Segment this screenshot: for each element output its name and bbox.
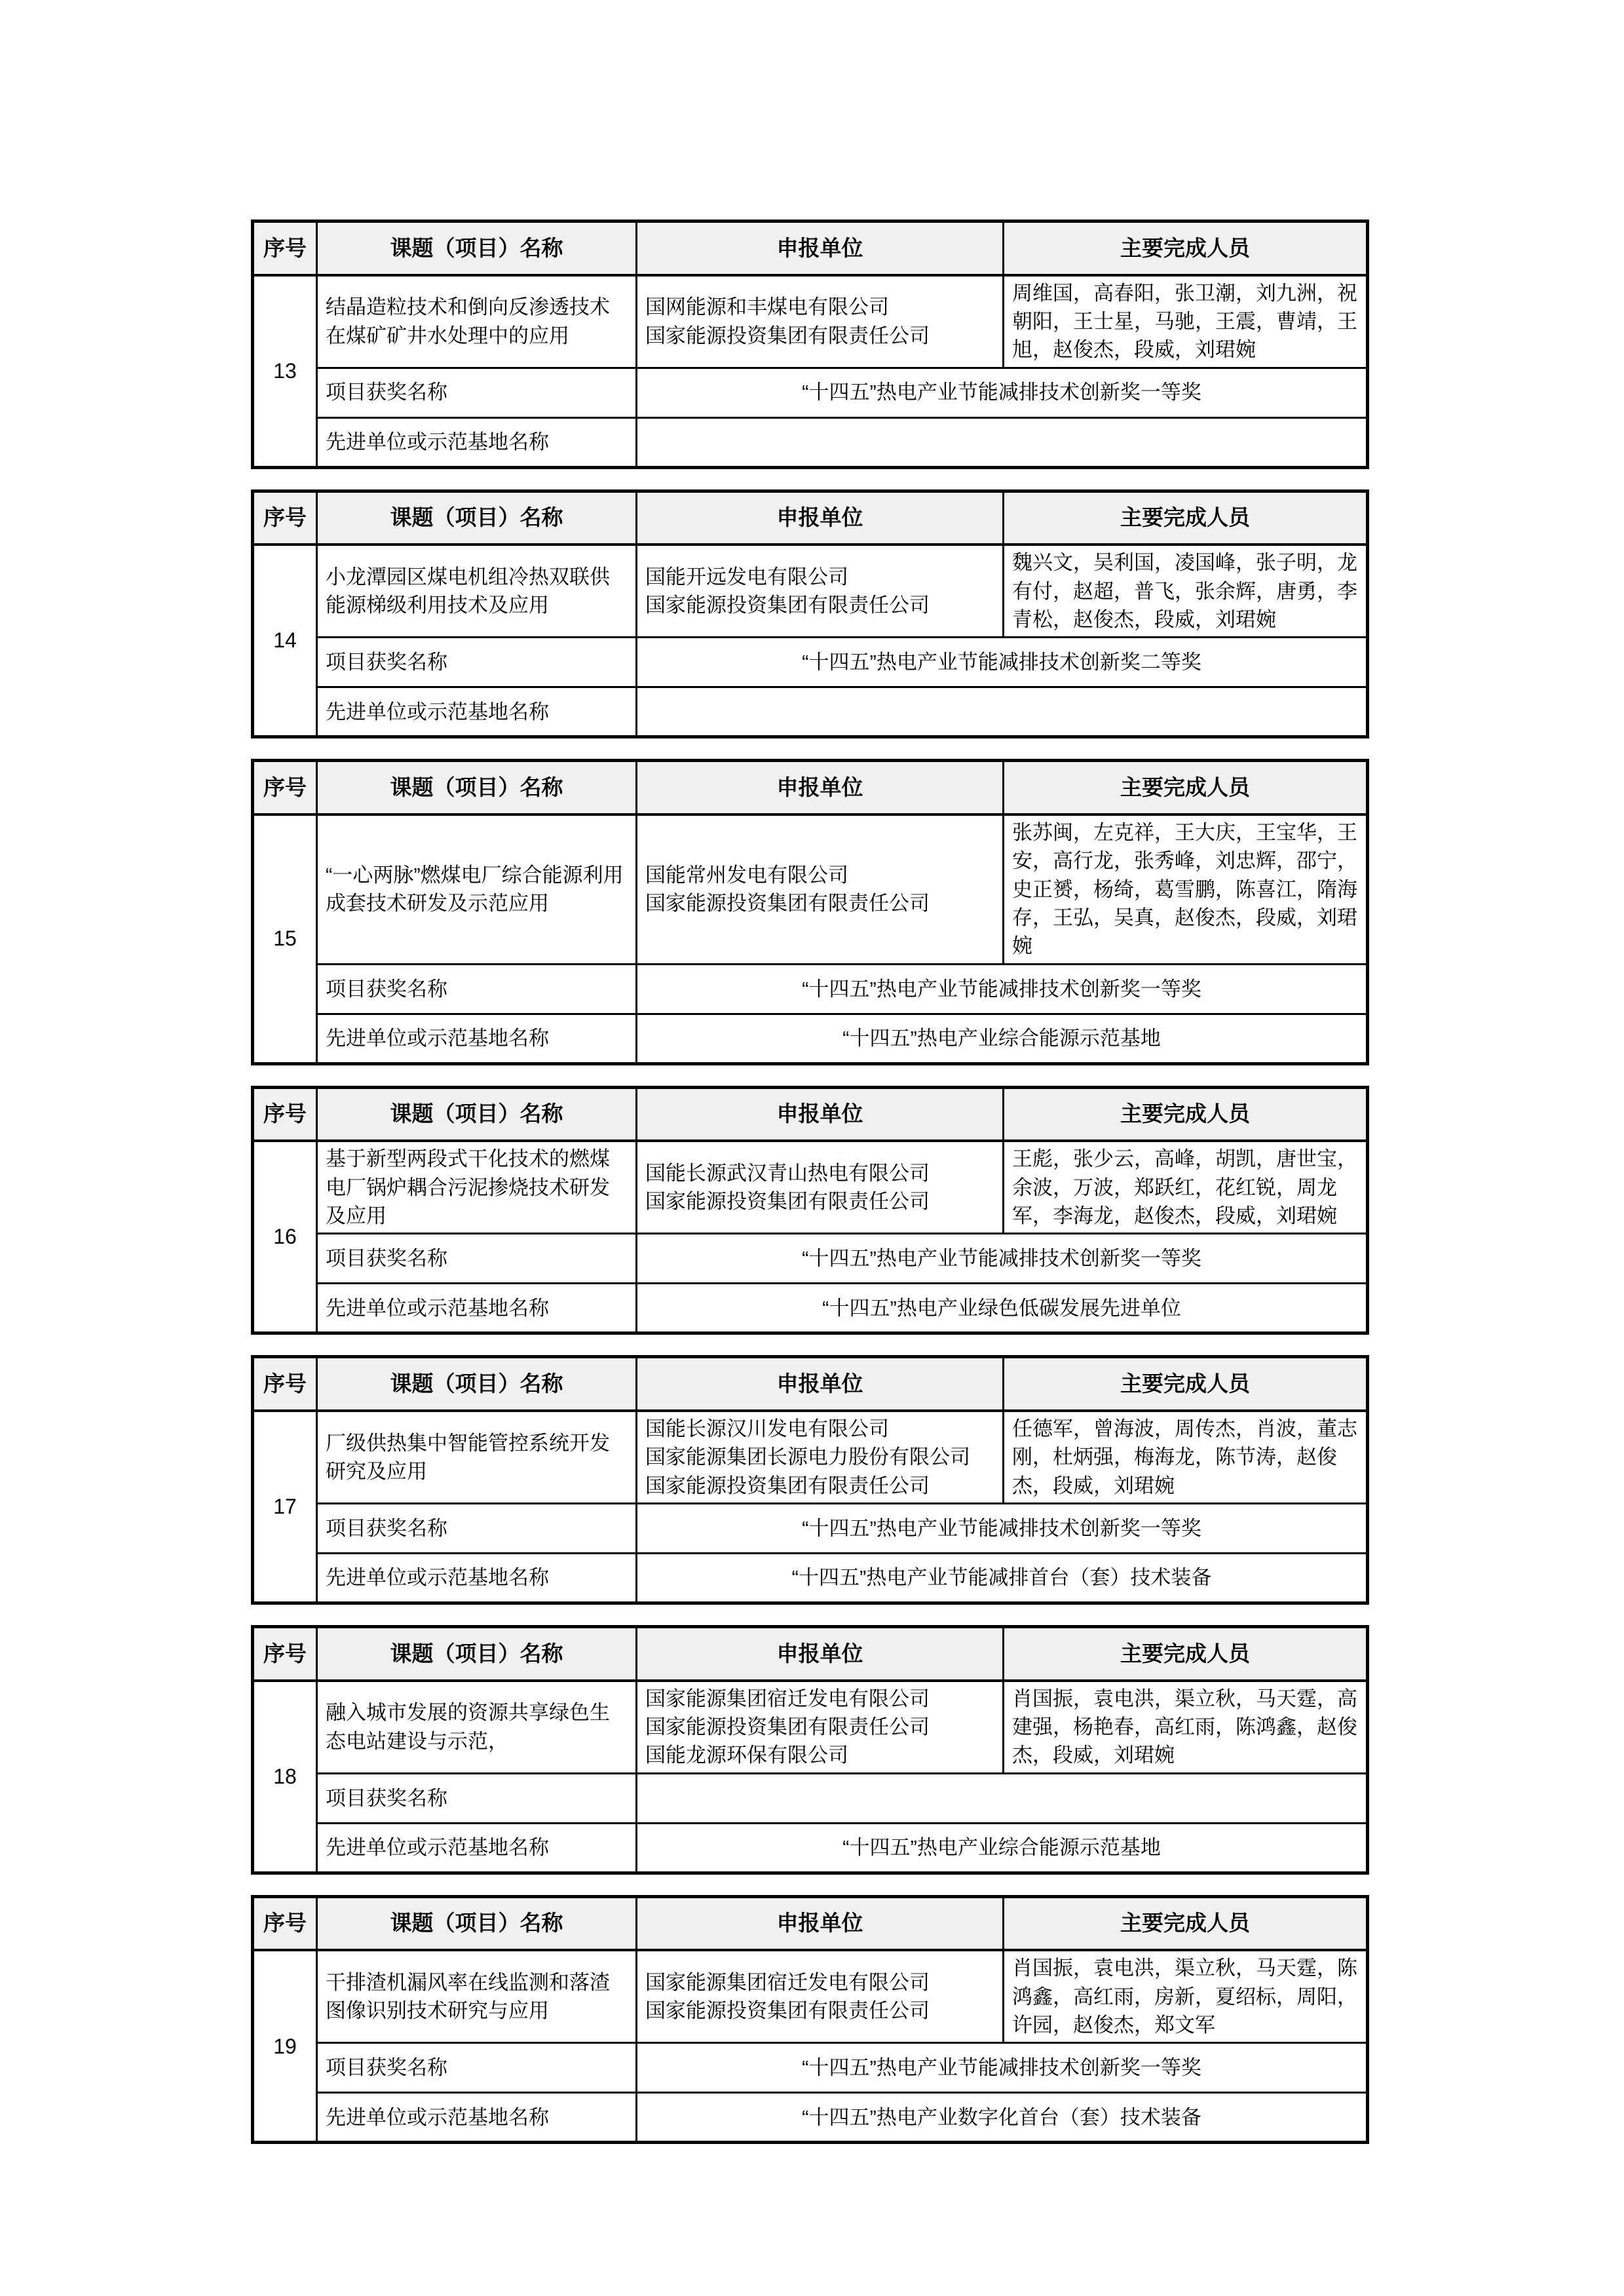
advanced-unit-value: “十四五”热电产业数字化首台（套）技术装备 [637, 2093, 1368, 2143]
advanced-unit-value [637, 417, 1368, 467]
award-name-label: 项目获奖名称 [317, 1773, 637, 1823]
header-row: 序号 课题（项目）名称 申报单位 主要完成人员 [253, 221, 1368, 275]
project-name: 结晶造粒技术和倒向反渗透技术在煤矿矿井水处理中的应用 [317, 275, 637, 368]
col-header-serial: 序号 [253, 1087, 317, 1141]
serial-number: 18 [253, 1681, 317, 1873]
award-name-label: 项目获奖名称 [317, 368, 637, 417]
advanced-unit-label: 先进单位或示范基地名称 [317, 2093, 637, 2143]
col-header-applicant: 申报单位 [637, 1087, 1004, 1141]
col-header-applicant: 申报单位 [637, 1627, 1004, 1681]
applicant-units: 国家能源集团宿迁发电有限公司 国家能源投资集团有限责任公司 国能龙源环保有限公司 [637, 1681, 1004, 1774]
serial-number: 14 [253, 545, 317, 737]
advanced-unit-row: 先进单位或示范基地名称 “十四五”热电产业绿色低碳发展先进单位 [253, 1284, 1368, 1333]
award-row: 项目获奖名称 “十四五”热电产业节能减排技术创新奖一等奖 [253, 368, 1368, 417]
project-name: 基于新型两段式干化技术的燃煤电厂锅炉耦合污泥掺烧技术研发及应用 [317, 1141, 637, 1234]
applicant-units: 国家能源集团宿迁发电有限公司 国家能源投资集团有限责任公司 [637, 1950, 1004, 2043]
personnel-list: 肖国振，袁电洪，渠立秋，马天霆，陈鸿鑫，高红雨，房新，夏绍标，周阳，许园，赵俊杰… [1004, 1950, 1368, 2043]
advanced-unit-row: 先进单位或示范基地名称 “十四五”热电产业节能减排首台（套）技术装备 [253, 1554, 1368, 1603]
content-row: 19 干排渣机漏风率在线监测和落渣图像识别技术研究与应用 国家能源集团宿迁发电有… [253, 1950, 1368, 2043]
project-name: 小龙潭园区煤电机组冷热双联供能源梯级利用技术及应用 [317, 545, 637, 638]
award-row: 项目获奖名称 “十四五”热电产业节能减排技术创新奖一等奖 [253, 1234, 1368, 1284]
col-header-personnel: 主要完成人员 [1004, 761, 1368, 814]
award-name-value [637, 1773, 1368, 1823]
award-table-18: 序号 课题（项目）名称 申报单位 主要完成人员 18 融入城市发展的资源共享绿色… [251, 1625, 1369, 1875]
advanced-unit-value: “十四五”热电产业综合能源示范基地 [637, 1823, 1368, 1873]
col-header-serial: 序号 [253, 761, 317, 814]
award-table-13: 序号 课题（项目）名称 申报单位 主要完成人员 13 结晶造粒技术和倒向反渗透技… [251, 220, 1369, 469]
applicant-units: 国能常州发电有限公司 国家能源投资集团有限责任公司 [637, 814, 1004, 964]
col-header-applicant: 申报单位 [637, 1357, 1004, 1411]
award-name-label: 项目获奖名称 [317, 964, 637, 1014]
content-row: 16 基于新型两段式干化技术的燃煤电厂锅炉耦合污泥掺烧技术研发及应用 国能长源武… [253, 1141, 1368, 1234]
award-table-19: 序号 课题（项目）名称 申报单位 主要完成人员 19 干排渣机漏风率在线监测和落… [251, 1895, 1369, 2145]
personnel-list: 张苏闽，左克祥，王大庆，王宝华，王安，高行龙，张秀峰，刘忠辉，邵宁，史正赟，杨绮… [1004, 814, 1368, 964]
award-row: 项目获奖名称 “十四五”热电产业节能减排技术创新奖一等奖 [253, 1504, 1368, 1554]
award-name-value: “十四五”热电产业节能减排技术创新奖一等奖 [637, 1234, 1368, 1284]
content-row: 13 结晶造粒技术和倒向反渗透技术在煤矿矿井水处理中的应用 国网能源和丰煤电有限… [253, 275, 1368, 368]
serial-number: 16 [253, 1141, 317, 1333]
col-header-project: 课题（项目）名称 [317, 1627, 637, 1681]
project-name: 融入城市发展的资源共享绿色生态电站建设与示范， [317, 1681, 637, 1774]
award-table-17: 序号 课题（项目）名称 申报单位 主要完成人员 17 厂级供热集中智能管控系统开… [251, 1355, 1369, 1605]
col-header-serial: 序号 [253, 221, 317, 275]
applicant-units: 国能长源武汉青山热电有限公司 国家能源投资集团有限责任公司 [637, 1141, 1004, 1234]
advanced-unit-row: 先进单位或示范基地名称 “十四五”热电产业综合能源示范基地 [253, 1823, 1368, 1873]
award-name-label: 项目获奖名称 [317, 2043, 637, 2093]
document-page: 序号 课题（项目）名称 申报单位 主要完成人员 13 结晶造粒技术和倒向反渗透技… [0, 0, 1624, 2296]
col-header-serial: 序号 [253, 1627, 317, 1681]
col-header-personnel: 主要完成人员 [1004, 1627, 1368, 1681]
advanced-unit-value: “十四五”热电产业绿色低碳发展先进单位 [637, 1284, 1368, 1333]
advanced-unit-label: 先进单位或示范基地名称 [317, 417, 637, 467]
col-header-applicant: 申报单位 [637, 221, 1004, 275]
award-name-value: “十四五”热电产业节能减排技术创新奖一等奖 [637, 1504, 1368, 1554]
award-row: 项目获奖名称 [253, 1773, 1368, 1823]
col-header-project: 课题（项目）名称 [317, 1357, 637, 1411]
col-header-project: 课题（项目）名称 [317, 221, 637, 275]
applicant-units: 国能开远发电有限公司 国家能源投资集团有限责任公司 [637, 545, 1004, 638]
header-row: 序号 课题（项目）名称 申报单位 主要完成人员 [253, 1627, 1368, 1681]
col-header-personnel: 主要完成人员 [1004, 491, 1368, 545]
col-header-project: 课题（项目）名称 [317, 761, 637, 814]
col-header-personnel: 主要完成人员 [1004, 1357, 1368, 1411]
advanced-unit-row: 先进单位或示范基地名称 “十四五”热电产业数字化首台（套）技术装备 [253, 2093, 1368, 2143]
advanced-unit-row: 先进单位或示范基地名称 “十四五”热电产业综合能源示范基地 [253, 1014, 1368, 1063]
col-header-personnel: 主要完成人员 [1004, 1896, 1368, 1950]
content-row: 15 “一心两脉”燃煤电厂综合能源利用成套技术研发及示范应用 国能常州发电有限公… [253, 814, 1368, 964]
advanced-unit-label: 先进单位或示范基地名称 [317, 1554, 637, 1603]
col-header-serial: 序号 [253, 491, 317, 545]
col-header-applicant: 申报单位 [637, 761, 1004, 814]
col-header-project: 课题（项目）名称 [317, 491, 637, 545]
award-name-label: 项目获奖名称 [317, 1504, 637, 1554]
award-name-value: “十四五”热电产业节能减排技术创新奖一等奖 [637, 2043, 1368, 2093]
content-row: 18 融入城市发展的资源共享绿色生态电站建设与示范， 国家能源集团宿迁发电有限公… [253, 1681, 1368, 1774]
advanced-unit-label: 先进单位或示范基地名称 [317, 1823, 637, 1873]
award-table-14: 序号 课题（项目）名称 申报单位 主要完成人员 14 小龙潭园区煤电机组冷热双联… [251, 489, 1369, 739]
applicant-units: 国能长源汉川发电有限公司 国家能源集团长源电力股份有限公司 国家能源投资集团有限… [637, 1411, 1004, 1504]
col-header-personnel: 主要完成人员 [1004, 1087, 1368, 1141]
col-header-project: 课题（项目）名称 [317, 1087, 637, 1141]
award-name-label: 项目获奖名称 [317, 1234, 637, 1284]
col-header-serial: 序号 [253, 1357, 317, 1411]
serial-number: 13 [253, 275, 317, 468]
personnel-list: 任德军，曾海波，周传杰，肖波，董志刚，杜炳强，梅海龙，陈节涛，赵俊杰，段威，刘珺… [1004, 1411, 1368, 1504]
header-row: 序号 课题（项目）名称 申报单位 主要完成人员 [253, 1896, 1368, 1950]
advanced-unit-row: 先进单位或示范基地名称 [253, 417, 1368, 467]
header-row: 序号 课题（项目）名称 申报单位 主要完成人员 [253, 761, 1368, 814]
advanced-unit-row: 先进单位或示范基地名称 [253, 687, 1368, 737]
award-table-16: 序号 课题（项目）名称 申报单位 主要完成人员 16 基于新型两段式干化技术的燃… [251, 1086, 1369, 1335]
award-row: 项目获奖名称 “十四五”热电产业节能减排技术创新奖一等奖 [253, 2043, 1368, 2093]
award-row: 项目获奖名称 “十四五”热电产业节能减排技术创新奖一等奖 [253, 964, 1368, 1014]
personnel-list: 王彪，张少云，高峰，胡凯，唐世宝，余波，万波，郑跃红，花红锐，周龙军，李海龙，赵… [1004, 1141, 1368, 1234]
advanced-unit-value: “十四五”热电产业节能减排首台（套）技术装备 [637, 1554, 1368, 1603]
advanced-unit-value [637, 687, 1368, 737]
award-name-value: “十四五”热电产业节能减排技术创新奖一等奖 [637, 964, 1368, 1014]
serial-number: 15 [253, 814, 317, 1063]
col-header-serial: 序号 [253, 1896, 317, 1950]
award-row: 项目获奖名称 “十四五”热电产业节能减排技术创新奖二等奖 [253, 638, 1368, 687]
award-table-15: 序号 课题（项目）名称 申报单位 主要完成人员 15 “一心两脉”燃煤电厂综合能… [251, 759, 1369, 1065]
advanced-unit-label: 先进单位或示范基地名称 [317, 1284, 637, 1333]
content-row: 14 小龙潭园区煤电机组冷热双联供能源梯级利用技术及应用 国能开远发电有限公司 … [253, 545, 1368, 638]
personnel-list: 周维国，高春阳，张卫潮，刘九洲，祝朝阳，王士星，马驰，王震，曹靖，王旭，赵俊杰，… [1004, 275, 1368, 368]
advanced-unit-label: 先进单位或示范基地名称 [317, 687, 637, 737]
col-header-project: 课题（项目）名称 [317, 1896, 637, 1950]
col-header-applicant: 申报单位 [637, 1896, 1004, 1950]
project-name: 干排渣机漏风率在线监测和落渣图像识别技术研究与应用 [317, 1950, 637, 2043]
applicant-units: 国网能源和丰煤电有限公司 国家能源投资集团有限责任公司 [637, 275, 1004, 368]
serial-number: 17 [253, 1411, 317, 1603]
advanced-unit-label: 先进单位或示范基地名称 [317, 1014, 637, 1063]
project-name: “一心两脉”燃煤电厂综合能源利用成套技术研发及示范应用 [317, 814, 637, 964]
serial-number: 19 [253, 1950, 317, 2143]
col-header-personnel: 主要完成人员 [1004, 221, 1368, 275]
advanced-unit-value: “十四五”热电产业综合能源示范基地 [637, 1014, 1368, 1063]
col-header-applicant: 申报单位 [637, 491, 1004, 545]
award-name-label: 项目获奖名称 [317, 638, 637, 687]
content-row: 17 厂级供热集中智能管控系统开发研究及应用 国能长源汉川发电有限公司 国家能源… [253, 1411, 1368, 1504]
personnel-list: 魏兴文，吴利国，凌国峰，张子明，龙有付，赵超，普飞，张余辉，唐勇，李青松，赵俊杰… [1004, 545, 1368, 638]
header-row: 序号 课题（项目）名称 申报单位 主要完成人员 [253, 1087, 1368, 1141]
table-sheet: 序号 课题（项目）名称 申报单位 主要完成人员 13 结晶造粒技术和倒向反渗透技… [251, 220, 1366, 2164]
header-row: 序号 课题（项目）名称 申报单位 主要完成人员 [253, 491, 1368, 545]
header-row: 序号 课题（项目）名称 申报单位 主要完成人员 [253, 1357, 1368, 1411]
personnel-list: 肖国振，袁电洪，渠立秋，马天霆，高建强，杨艳春，高红雨，陈鸿鑫，赵俊杰，段威，刘… [1004, 1681, 1368, 1774]
award-name-value: “十四五”热电产业节能减排技术创新奖一等奖 [637, 368, 1368, 417]
award-name-value: “十四五”热电产业节能减排技术创新奖二等奖 [637, 638, 1368, 687]
project-name: 厂级供热集中智能管控系统开发研究及应用 [317, 1411, 637, 1504]
